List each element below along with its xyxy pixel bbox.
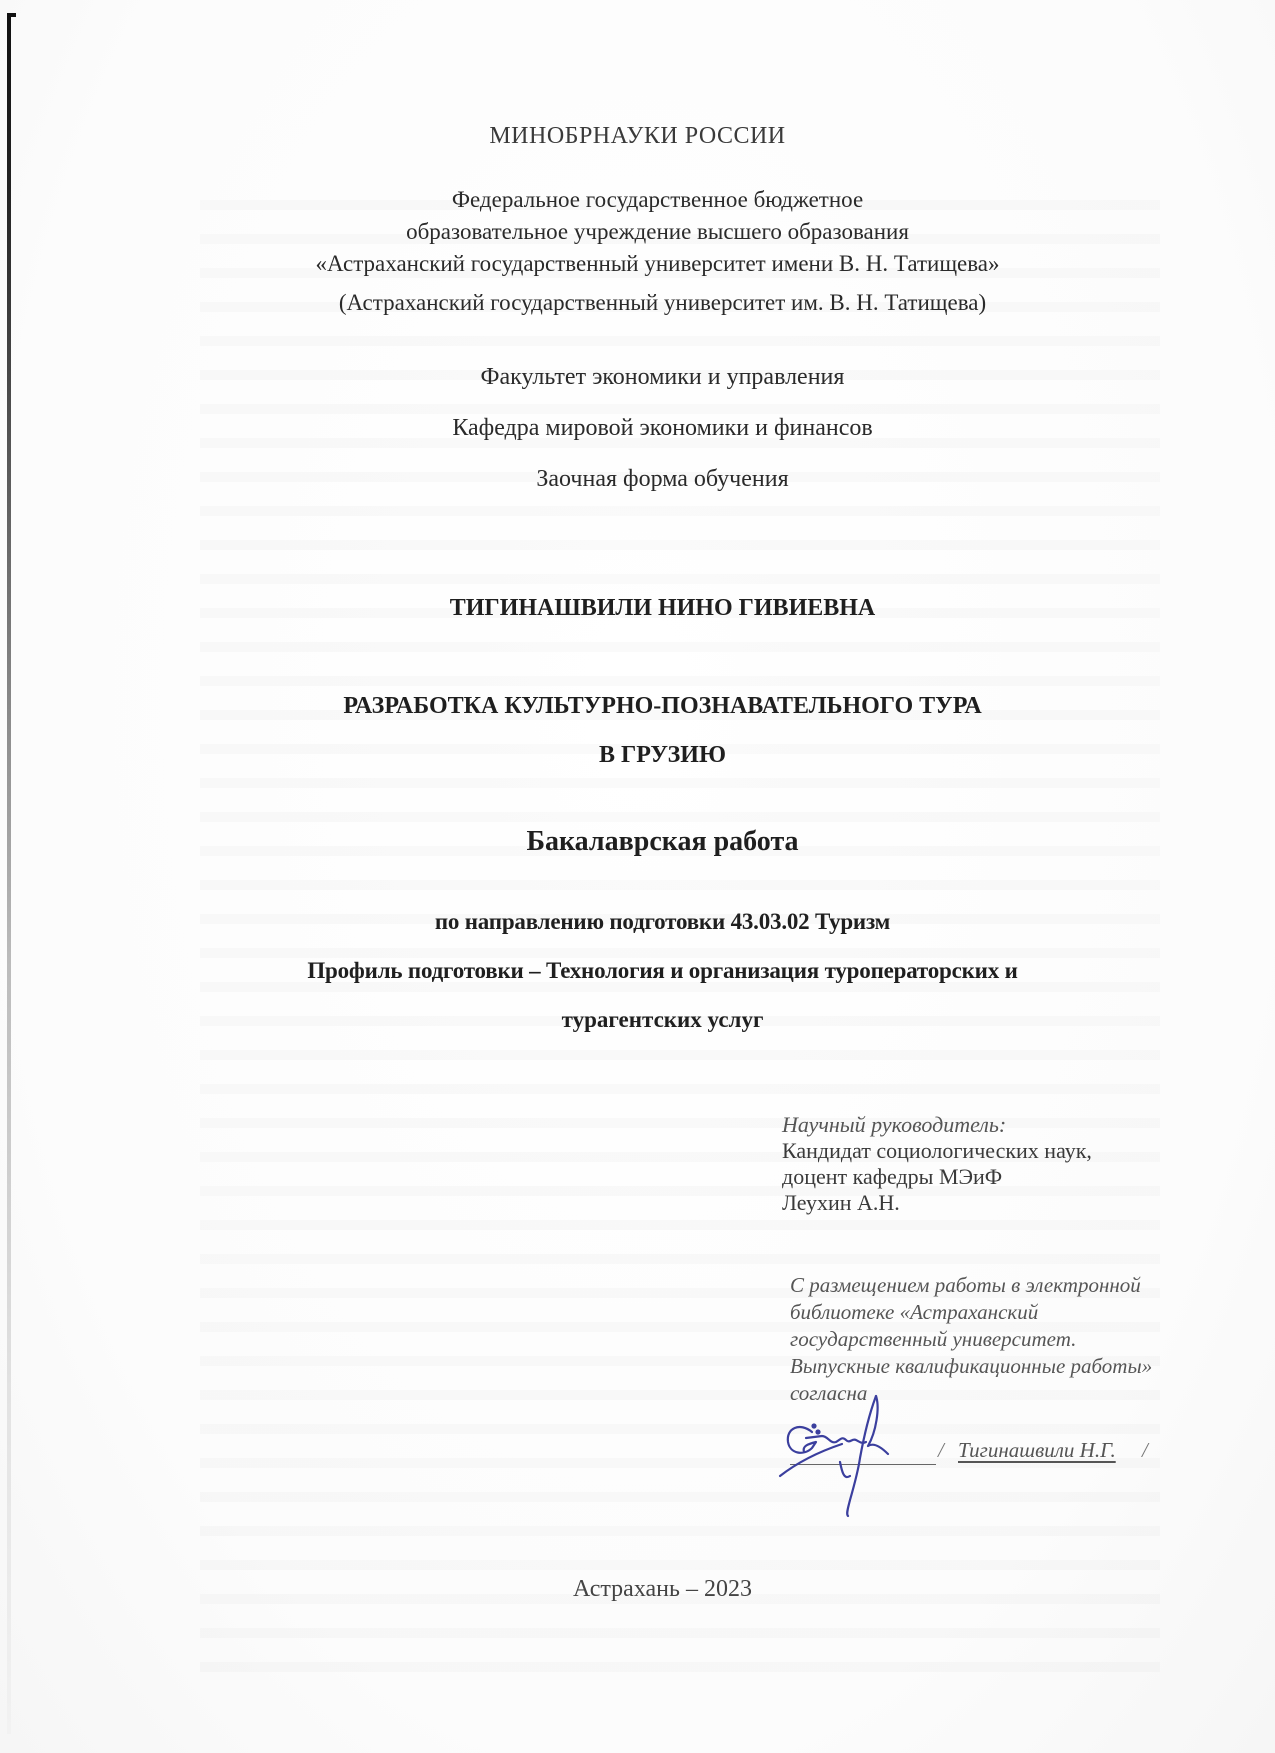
consent-line-4: Выпускные квалификационные работы» bbox=[790, 1353, 1152, 1380]
supervisor-label: Научный руководитель: bbox=[782, 1112, 1092, 1138]
study-form: Заочная форма обучения bbox=[25, 465, 1275, 493]
author-name: ТИГИНАШВИЛИ НИНО ГИВИЕВНА bbox=[25, 594, 1275, 622]
supervisor-degree: Кандидат социологических наук, bbox=[782, 1138, 1092, 1164]
consent-line-2: библиотеке «Астраханский bbox=[790, 1299, 1152, 1326]
scan-edge-corner bbox=[7, 13, 16, 17]
ministry-header: МИНОБРНАУКИ РОССИИ bbox=[0, 122, 1275, 150]
study-profile-line-2: турагентских услуг bbox=[25, 1006, 1275, 1034]
supervisor-position: доцент кафедры МЭиФ bbox=[782, 1164, 1092, 1190]
library-consent-block: С размещением работы в электронной библи… bbox=[790, 1272, 1152, 1407]
institution-short-name: (Астраханский государственный университе… bbox=[25, 289, 1275, 317]
thesis-title-line-2: В ГРУЗИЮ bbox=[25, 741, 1275, 769]
supervisor-name: Леухин А.Н. bbox=[782, 1190, 1092, 1216]
signer-name: Тигинашвили Н.Г. bbox=[958, 1438, 1116, 1463]
institution-line-1: Федеральное государственное бюджетное bbox=[20, 186, 1275, 214]
faculty: Факультет экономики и управления bbox=[25, 363, 1275, 391]
institution-line-3: «Астраханский государственный университе… bbox=[20, 250, 1275, 278]
supervisor-block: Научный руководитель: Кандидат социологи… bbox=[782, 1112, 1092, 1216]
consent-line-3: государственный университет. bbox=[790, 1326, 1152, 1353]
signature-slash-right: / bbox=[1142, 1438, 1148, 1463]
study-direction: по направлению подготовки 43.03.02 Туриз… bbox=[25, 908, 1275, 936]
study-profile-line-1: Профиль подготовки – Технология и органи… bbox=[25, 957, 1275, 985]
handwritten-signature-icon bbox=[778, 1392, 958, 1522]
institution-line-2: образовательное учреждение высшего образ… bbox=[20, 218, 1275, 246]
city-year: Астрахань – 2023 bbox=[25, 1575, 1275, 1603]
scanned-title-page: МИНОБРНАУКИ РОССИИ Федеральное государст… bbox=[0, 0, 1275, 1753]
scan-edge-shadow bbox=[7, 14, 11, 1734]
consent-line-1: С размещением работы в электронной bbox=[790, 1272, 1152, 1299]
thesis-title-line-1: РАЗРАБОТКА КУЛЬТУРНО-ПОЗНАВАТЕЛЬНОГО ТУР… bbox=[25, 692, 1275, 720]
department: Кафедра мировой экономики и финансов bbox=[25, 414, 1275, 442]
work-type: Бакалаврская работа bbox=[25, 826, 1275, 858]
